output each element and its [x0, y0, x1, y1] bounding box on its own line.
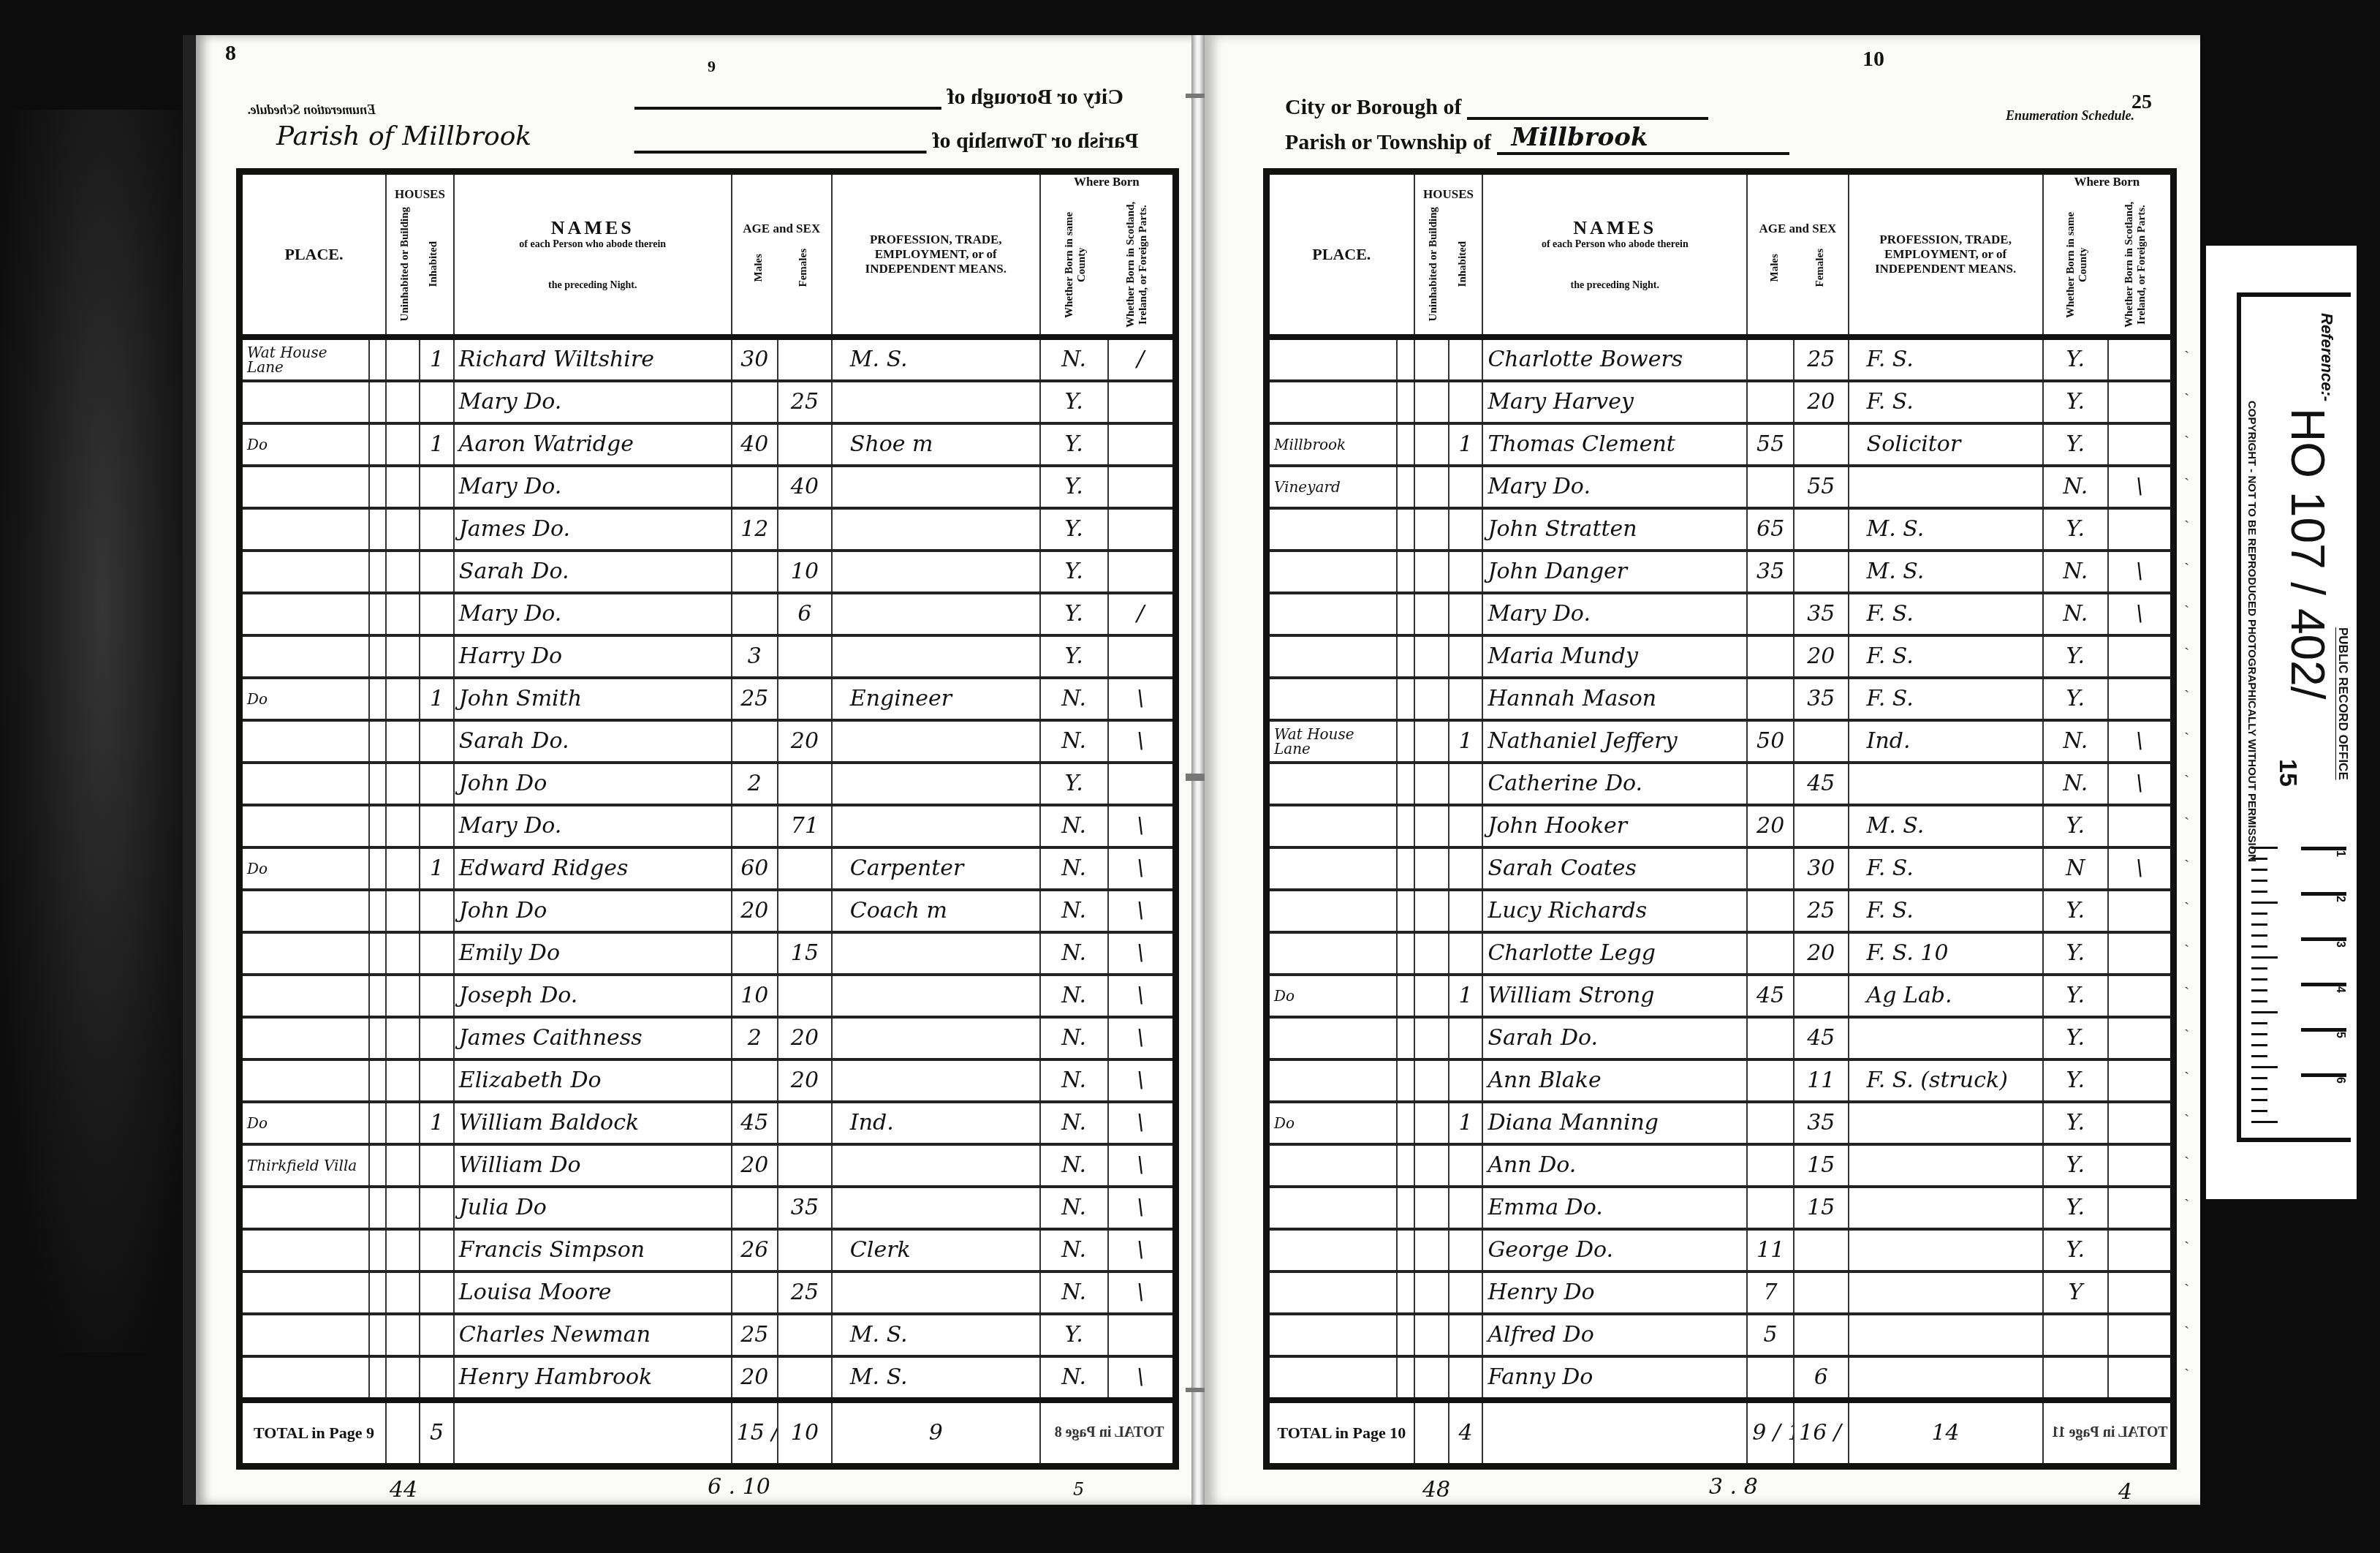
uninhabited-cell	[1414, 720, 1449, 763]
ruler-tick	[2251, 967, 2267, 970]
born-foreign-cell	[2108, 1229, 2173, 1272]
table-row: George Do.11Y.	[1267, 1229, 2174, 1272]
background-shadow	[0, 110, 205, 1353]
spacer-cell	[1397, 890, 1414, 932]
uninhabited-cell	[1414, 337, 1449, 381]
male-age-cell: 2	[732, 763, 778, 805]
inhabited-cell	[420, 551, 453, 593]
uninhabited-cell	[1414, 890, 1449, 932]
ruler-tick	[2251, 989, 2267, 991]
born-foreign-cell	[2108, 1356, 2173, 1400]
name-cell: Charles Newman	[454, 1314, 732, 1356]
born-foreign-cell: \	[1108, 1356, 1176, 1400]
male-age-cell: 45	[732, 1102, 778, 1144]
right-below-age: 3 . 8	[1709, 1474, 1758, 1500]
female-age-cell	[778, 678, 832, 720]
born-foreign-cell: \	[1108, 1144, 1176, 1187]
margin-tick-mark: ˏ	[2184, 547, 2189, 566]
profession-cell: F. S. (struck)	[1849, 1059, 2043, 1102]
born-same-county-cell: N.	[1040, 1229, 1108, 1272]
born-foreign-cell: \	[1108, 1229, 1176, 1272]
city-label: City or Borough of	[947, 85, 1123, 109]
ruler-tick	[2251, 1033, 2267, 1035]
houses-header: HOUSES Uninhabited or Building Inhabited	[1414, 172, 1483, 337]
ruler-tick	[2251, 869, 2267, 871]
table-row: Joseph Do.10N.\	[240, 975, 1176, 1017]
born-foreign-cell	[1108, 1314, 1176, 1356]
male-age-cell	[732, 1059, 778, 1102]
profession-cell	[832, 805, 1040, 847]
place-cell	[1267, 551, 1398, 593]
name-cell: Maria Mundy	[1482, 635, 1747, 678]
born-same-county-cell: Y	[2043, 1272, 2108, 1314]
place-cell	[1267, 381, 1398, 423]
spacer-cell	[1397, 466, 1414, 508]
male-age-cell	[1747, 381, 1794, 423]
total-profession: 14	[1849, 1400, 2043, 1467]
spacer-cell	[369, 805, 386, 847]
inhabited-cell	[1449, 1144, 1483, 1187]
reference-label: Reference:-	[2317, 313, 2336, 401]
spacer-cell	[369, 763, 386, 805]
total-inhabited: 4	[1449, 1400, 1483, 1467]
born-foreign-cell: /	[1108, 337, 1176, 381]
margin-tick-mark: ˏ	[2184, 759, 2189, 778]
inhabited-cell	[1449, 635, 1483, 678]
spacer-cell	[369, 381, 386, 423]
ruler-tick	[2251, 1099, 2267, 1101]
born-same-county-cell: N.	[2043, 763, 2108, 805]
ruler-tick	[2251, 978, 2267, 980]
uninhabited-cell	[1414, 1356, 1449, 1400]
table-row: Alfred Do5	[1267, 1314, 2174, 1356]
parish-township-line: Parish or Township of Millbrook	[1285, 123, 1789, 155]
uninhabited-cell	[386, 466, 420, 508]
uninhabited-cell	[1414, 1272, 1449, 1314]
inhabited-cell	[1449, 1059, 1483, 1102]
female-age-cell: 10	[778, 551, 832, 593]
place-cell	[1267, 847, 1398, 890]
spacer-cell	[1397, 635, 1414, 678]
table-row: Elizabeth Do20N.\	[240, 1059, 1176, 1102]
table-row: Do1William Strong45Ag Lab.Y.	[1267, 975, 2174, 1017]
female-age-cell	[778, 890, 832, 932]
male-age-cell: 50	[1747, 720, 1794, 763]
profession-cell: F. S.	[1849, 593, 2043, 635]
born-foreign-cell: \	[1108, 1187, 1176, 1229]
inhabited-cell	[420, 1272, 453, 1314]
inhabited-cell	[1449, 508, 1483, 551]
female-age-cell: 15	[778, 932, 832, 975]
table-row: VineyardMary Do.55N.\	[1267, 466, 2174, 508]
name-cell: Sarah Do.	[454, 720, 732, 763]
inhabited-cell	[420, 975, 453, 1017]
born-same-county-cell: N.	[1040, 805, 1108, 847]
table-row: Sarah Do.10Y.	[240, 551, 1176, 593]
profession-cell: M. S.	[1849, 551, 2043, 593]
born-same-county-cell: Y.	[2043, 890, 2108, 932]
uninhabited-cell	[1414, 1102, 1449, 1144]
uninhabited-cell	[1414, 1017, 1449, 1059]
born-foreign-cell: \	[2108, 551, 2173, 593]
inhabited-cell	[420, 1187, 453, 1229]
male-age-cell	[1747, 1102, 1794, 1144]
inhabited-cell	[420, 763, 453, 805]
margin-tick-mark: ˏ	[2184, 1056, 2189, 1075]
male-age-cell	[732, 932, 778, 975]
male-age-cell: 3	[732, 635, 778, 678]
table-row: Lucy Richards25F. S.Y.	[1267, 890, 2174, 932]
female-age-cell: 20	[778, 720, 832, 763]
profession-cell: M. S.	[1849, 508, 2043, 551]
spacer-cell	[369, 975, 386, 1017]
total-names	[1482, 1400, 1747, 1467]
name-cell: Julia Do	[454, 1187, 732, 1229]
profession-cell	[832, 975, 1040, 1017]
place-cell	[240, 466, 369, 508]
table-row: James Caithness220N.\	[240, 1017, 1176, 1059]
uninhabited-cell	[386, 890, 420, 932]
male-age-cell: 7	[1747, 1272, 1794, 1314]
profession-cell: F. S.	[1849, 678, 2043, 720]
ruler-tick	[2251, 923, 2267, 926]
place-cell: Vineyard	[1267, 466, 1398, 508]
born-foreign-cell: \	[1108, 1059, 1176, 1102]
uninhabited-cell	[1414, 847, 1449, 890]
margin-tick-mark: ˏ	[2184, 1098, 2189, 1117]
table-row: Sarah Do.20N.\	[240, 720, 1176, 763]
female-age-cell: 45	[1794, 763, 1849, 805]
female-age-cell: 30	[1794, 847, 1849, 890]
margin-tick-mark: ˏ	[2184, 844, 2189, 863]
table-row: Do1John Smith25EngineerN.\	[240, 678, 1176, 720]
place-cell	[240, 635, 369, 678]
female-age-cell	[778, 423, 832, 466]
spacer-cell	[369, 466, 386, 508]
table-row: Ann Blake11F. S. (struck)Y.	[1267, 1059, 2174, 1102]
spacer-cell	[369, 1187, 386, 1229]
born-foreign-cell: \	[1108, 805, 1176, 847]
table-row: Millbrook1Thomas Clement55SolicitorY.	[1267, 423, 2174, 466]
born-same-county-cell: Y.	[2043, 508, 2108, 551]
inhabited-cell	[1449, 1017, 1483, 1059]
ruler-tick	[2251, 1011, 2278, 1013]
table-row: Mary Do.71N.\	[240, 805, 1176, 847]
profession-cell	[832, 1059, 1040, 1102]
spacer-cell	[369, 1314, 386, 1356]
table-row: Do1Aaron Watridge40Shoe mY.	[240, 423, 1176, 466]
place-cell	[240, 1314, 369, 1356]
place-header: PLACE.	[240, 172, 386, 337]
born-foreign-cell: \	[1108, 932, 1176, 975]
total-row: TOTAL in Page 1049 / 1416 / 814TOTAL in …	[1267, 1400, 2174, 1467]
profession-cell	[832, 1187, 1040, 1229]
place-cell	[240, 1187, 369, 1229]
city-borough-line: City or Borough of	[1285, 88, 1708, 120]
name-cell: Mary Do.	[454, 805, 732, 847]
profession-cell: Coach m	[832, 890, 1040, 932]
place-cell: Wat House Lane	[240, 337, 369, 381]
male-age-cell: 20	[732, 1144, 778, 1187]
name-cell: Richard Wiltshire	[454, 337, 732, 381]
name-cell: Elizabeth Do	[454, 1059, 732, 1102]
schedule-label-mirrored: Enumeration Schedule.	[247, 102, 376, 118]
born-foreign-cell	[2108, 805, 2173, 847]
male-age-cell	[732, 1272, 778, 1314]
female-age-cell	[778, 1144, 832, 1187]
name-cell: Mary Do.	[1482, 466, 1747, 508]
born-foreign-cell: \	[1108, 975, 1176, 1017]
city-field	[1467, 88, 1708, 120]
uninhabited-cell	[386, 1314, 420, 1356]
female-age-cell: 20	[1794, 381, 1849, 423]
city-borough-mirrored: City or Borough of	[634, 78, 1123, 110]
uninhabited-cell	[386, 847, 420, 890]
ruler-tick	[2251, 1055, 2267, 1057]
name-cell: Joseph Do.	[454, 975, 732, 1017]
profession-cell: M. S.	[832, 337, 1040, 381]
born-same-county-cell: Y.	[1040, 508, 1108, 551]
born-same-county-cell: Y.	[2043, 678, 2108, 720]
inhabited-cell	[1449, 1187, 1483, 1229]
inhabited-cell: 1	[1449, 975, 1483, 1017]
ruler-cm-mark: 5	[2301, 1028, 2346, 1077]
spacer-cell	[369, 1144, 386, 1187]
inhabited-cell	[420, 635, 453, 678]
profession-cell: Clerk	[832, 1229, 1040, 1272]
male-age-cell: 45	[1747, 975, 1794, 1017]
table-row: Catherine Do.45N.\	[1267, 763, 2174, 805]
profession-cell	[832, 381, 1040, 423]
inhabited-cell	[1449, 890, 1483, 932]
born-same-county-cell: N.	[2043, 593, 2108, 635]
male-age-cell: 60	[732, 847, 778, 890]
spacer-cell	[1397, 678, 1414, 720]
profession-cell	[1849, 763, 2043, 805]
uninhabited-cell	[1414, 551, 1449, 593]
table-row: Mary Do.40Y.	[240, 466, 1176, 508]
spacer-cell	[369, 1272, 386, 1314]
name-cell: George Do.	[1482, 1229, 1747, 1272]
born-same-county-cell: Y.	[2043, 975, 2108, 1017]
table-row: Sarah Do.45Y.	[1267, 1017, 2174, 1059]
profession-cell	[832, 593, 1040, 635]
margin-tick-mark: ˏ	[2184, 1353, 2189, 1372]
inhabited-cell	[420, 1017, 453, 1059]
born-foreign-cell	[2108, 678, 2173, 720]
ruler-tick	[2251, 1000, 2267, 1002]
born-same-county-cell: N.	[1040, 1144, 1108, 1187]
uninhabited-cell	[1414, 466, 1449, 508]
spacer-cell	[369, 847, 386, 890]
name-cell: Mary Do.	[454, 381, 732, 423]
names-header: NAMES of each Person who abode therein t…	[1482, 172, 1747, 337]
piece-number: 15	[2273, 759, 2302, 787]
margin-tick-mark: ˏ	[2184, 1225, 2189, 1244]
place-header: PLACE.	[1267, 172, 1414, 337]
inhabited-cell: 1	[420, 1102, 453, 1144]
ruler-tick	[2251, 902, 2278, 904]
inhabited-cell	[1449, 551, 1483, 593]
margin-tick-mark: ˏ	[2184, 377, 2189, 396]
profession-header: PROFESSION, TRADE, EMPLOYMENT, or of IND…	[1849, 172, 2043, 337]
spacer-cell	[1397, 1356, 1414, 1400]
name-cell: Sarah Do.	[1482, 1017, 1747, 1059]
uninhabited-cell	[1414, 1187, 1449, 1229]
spacer-cell	[1397, 763, 1414, 805]
born-same-county-cell: Y.	[2043, 1017, 2108, 1059]
uninhabited-cell	[386, 337, 420, 381]
born-foreign-cell: \	[1108, 720, 1176, 763]
place-cell	[240, 1356, 369, 1400]
place-cell	[240, 551, 369, 593]
inhabited-cell	[1449, 678, 1483, 720]
female-age-cell	[1794, 551, 1849, 593]
total-uninhabited	[1414, 1400, 1449, 1467]
uninhabited-cell	[386, 1059, 420, 1102]
margin-tick-mark: ˏ	[2184, 1013, 2189, 1032]
margin-tick-mark: ˏ	[2184, 1268, 2189, 1287]
inhabited-cell	[420, 1059, 453, 1102]
place-cell: Do	[240, 1102, 369, 1144]
male-age-cell	[732, 1187, 778, 1229]
uninhabited-cell	[1414, 932, 1449, 975]
female-age-cell	[778, 508, 832, 551]
table-row: Charlotte Bowers25F. S.Y.	[1267, 337, 2174, 381]
table-row: John Do20Coach mN.\	[240, 890, 1176, 932]
born-same-county-cell: N.	[1040, 1102, 1108, 1144]
place-cell	[240, 890, 369, 932]
inhabited-cell: 1	[420, 678, 453, 720]
female-age-cell	[778, 337, 832, 381]
ruler-tick	[2251, 1088, 2267, 1090]
profession-cell	[832, 1017, 1040, 1059]
male-age-cell	[732, 720, 778, 763]
name-cell: John Smith	[454, 678, 732, 720]
name-cell: Charlotte Legg	[1482, 932, 1747, 975]
male-age-cell	[1747, 932, 1794, 975]
male-age-cell	[732, 593, 778, 635]
name-cell: Emily Do	[454, 932, 732, 975]
table-row: Fanny Do6	[1267, 1356, 2174, 1400]
born-same-county-cell: N.	[1040, 1059, 1108, 1102]
female-age-cell	[778, 763, 832, 805]
born-foreign-cell: \	[2108, 593, 2173, 635]
profession-cell: Engineer	[832, 678, 1040, 720]
male-age-cell	[1747, 678, 1794, 720]
header-row: PLACE. HOUSES Uninhabited or Building In…	[240, 172, 1176, 337]
spacer-cell	[1397, 932, 1414, 975]
spacer-cell	[369, 508, 386, 551]
profession-cell: M. S.	[832, 1314, 1040, 1356]
inhabited-cell	[420, 1144, 453, 1187]
male-age-cell	[1747, 1187, 1794, 1229]
inhabited-cell	[1449, 805, 1483, 847]
table-row: John Do2Y.	[240, 763, 1176, 805]
total-names	[454, 1400, 732, 1467]
born-foreign-cell	[1108, 466, 1176, 508]
inhabited-cell	[420, 932, 453, 975]
profession-cell: F. S.	[1849, 337, 2043, 381]
born-foreign-cell	[2108, 508, 2173, 551]
male-age-cell	[732, 381, 778, 423]
left-below-right: 5	[1073, 1479, 1084, 1500]
born-foreign-cell	[1108, 508, 1176, 551]
born-same-county-cell: N.	[1040, 932, 1108, 975]
female-age-cell	[1794, 1272, 1849, 1314]
ruler-cm-mark: 6	[2301, 1073, 2346, 1122]
born-same-county-cell: Y.	[1040, 423, 1108, 466]
profession-cell: M. S.	[832, 1356, 1040, 1400]
parish-label: Parish or Township of	[1285, 130, 1491, 154]
margin-tick-mark: ˏ	[2184, 717, 2189, 736]
name-cell: Thomas Clement	[1482, 423, 1747, 466]
place-cell	[240, 508, 369, 551]
born-foreign-cell: \	[1108, 890, 1176, 932]
place-cell	[1267, 805, 1398, 847]
name-cell: Charlotte Bowers	[1482, 337, 1747, 381]
profession-cell	[1849, 1356, 2043, 1400]
city-label: City or Borough of	[1285, 95, 1461, 119]
uninhabited-cell	[1414, 423, 1449, 466]
female-age-cell: 20	[778, 1059, 832, 1102]
city-field	[634, 78, 941, 110]
table-row: Henry Hambrook20M. S.N.\	[240, 1356, 1176, 1400]
margin-tick-mark: ˏ	[2184, 1183, 2189, 1202]
left-below-age: 6 . 10	[708, 1474, 770, 1500]
inhabited-cell	[420, 1314, 453, 1356]
place-cell	[240, 720, 369, 763]
place-cell	[240, 1272, 369, 1314]
ruler-tick	[2251, 1066, 2278, 1068]
total-label: TOTAL in Page 9	[240, 1400, 386, 1467]
male-age-cell: 55	[1747, 423, 1794, 466]
born-same-county-cell: N.	[1040, 720, 1108, 763]
record-office-label: PUBLIC RECORD OFFICE	[2335, 627, 2350, 780]
name-cell: William Strong	[1482, 975, 1747, 1017]
female-age-cell	[778, 1314, 832, 1356]
spacer-cell	[1397, 1144, 1414, 1187]
inhabited-cell: 1	[420, 423, 453, 466]
male-age-cell	[1747, 1017, 1794, 1059]
uninhabited-cell	[386, 932, 420, 975]
spacer-cell	[1397, 975, 1414, 1017]
table-row: John Danger35M. S.N.\	[1267, 551, 2174, 593]
male-age-cell	[1747, 890, 1794, 932]
uninhabited-cell	[1414, 678, 1449, 720]
profession-cell	[832, 763, 1040, 805]
place-cell	[1267, 337, 1398, 381]
ruler-cm-mark: 3	[2301, 937, 2346, 986]
female-age-cell	[1794, 423, 1849, 466]
name-cell: Ann Blake	[1482, 1059, 1747, 1102]
spacer-cell	[369, 1017, 386, 1059]
born-same-county-cell: Y.	[2043, 381, 2108, 423]
female-age-cell: 35	[1794, 593, 1849, 635]
right-page: 10 25 Enumeration Schedule. City or Boro…	[1205, 35, 2200, 1505]
table-row: Charlotte Legg20F. S. 10Y.	[1267, 932, 2174, 975]
place-cell	[1267, 593, 1398, 635]
name-cell: John Do	[454, 890, 732, 932]
inhabited-cell: 1	[420, 337, 453, 381]
place-cell	[240, 381, 369, 423]
profession-cell: F. S. 10	[1849, 932, 2043, 975]
uninhabited-cell	[1414, 1059, 1449, 1102]
male-age-cell: 12	[732, 508, 778, 551]
uninhabited-cell	[386, 975, 420, 1017]
total-females: 10	[778, 1400, 832, 1467]
ruler-tick	[2251, 847, 2278, 849]
